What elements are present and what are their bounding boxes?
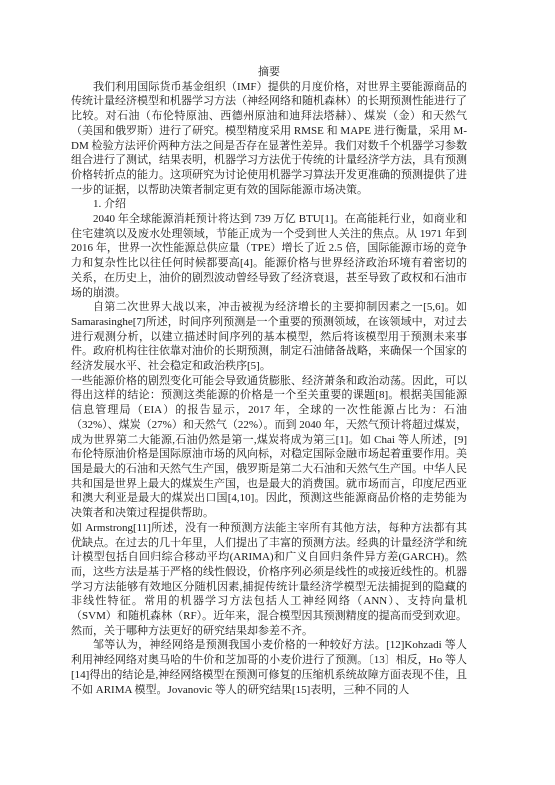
abstract-heading: 摘要 xyxy=(71,65,467,80)
paper-page: 摘要 我们利用国际货币基金组织（IMF）提供的月度价格，对世界主要能源商品的传统… xyxy=(0,0,555,785)
section-heading-introduction: 1. 介绍 xyxy=(71,197,467,212)
abstract-paragraph: 我们利用国际货币基金组织（IMF）提供的月度价格，对世界主要能源商品的传统计量经… xyxy=(71,80,467,198)
intro-paragraph-1: 2040 年全球能源消耗预计将达到 739 万亿 BTU[1]。在高能耗行业，如… xyxy=(71,212,467,300)
intro-paragraph-4: 如 Armstrong[11]所述，没有一种预测方法能主宰所有其他方法，每种方法… xyxy=(71,521,467,639)
intro-paragraph-3: 一些能源价格的剧烈变化可能会导致通货膨胀、经济萧条和政治动荡。因此，可以得出这样… xyxy=(71,374,467,521)
intro-paragraph-2: 自第二次世界大战以来，冲击被视为经济增长的主要抑制因素之一[5,6]。如 Sam… xyxy=(71,300,467,374)
intro-paragraph-5: 邹等认为，神经网络是预测我国小麦价格的一种较好方法。[12]Kohzadi 等人… xyxy=(71,638,467,697)
